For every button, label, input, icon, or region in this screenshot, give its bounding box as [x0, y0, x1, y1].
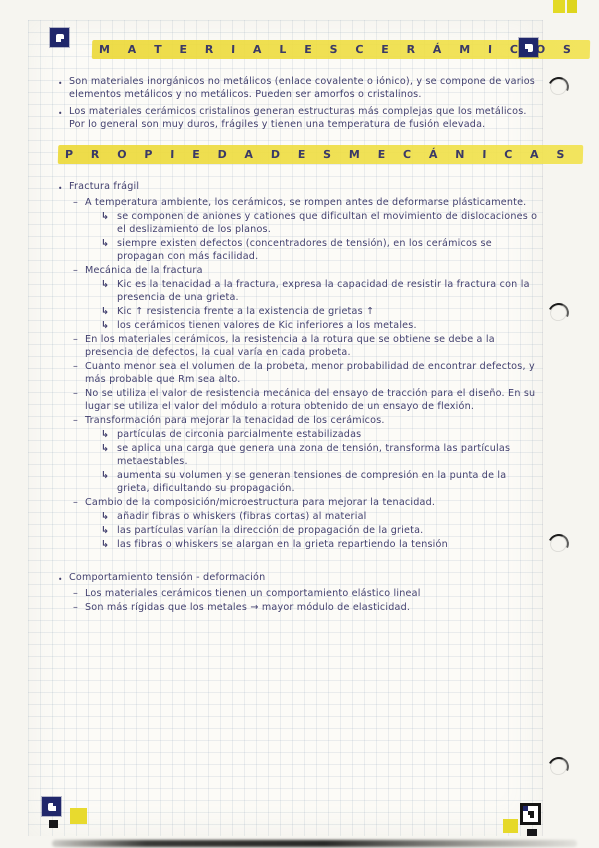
- corner-marker-top-left-icon: [50, 28, 69, 47]
- bullet-arrow-icon: ↳: [101, 442, 117, 455]
- note-line: –No se utiliza el valor de resistencia m…: [58, 387, 538, 413]
- black-square-mark: [49, 820, 58, 828]
- bullet-arrow-icon: ↳: [101, 469, 117, 482]
- yellow-tab: [503, 819, 518, 833]
- section-heading: P R O P I E D A D E S M E C Á N I C A S: [58, 145, 584, 164]
- note-line: –Mecánica de la fractura: [58, 264, 538, 277]
- bullet-dot-icon: •: [58, 180, 69, 195]
- note-section: M A T E R I A L E S C E R Á M I C O S•So…: [58, 34, 538, 131]
- note-line: –Transformación para mejorar la tenacida…: [58, 414, 538, 427]
- note-line: ↳Kic ↑ resistencia frente a la existenci…: [58, 305, 538, 318]
- note-line: –Los materiales cerámicos tienen un comp…: [58, 587, 538, 600]
- marker-glyph-icon: [523, 42, 535, 54]
- bullet-arrow-icon: ↳: [101, 428, 117, 441]
- marker-glyph-icon: [523, 806, 538, 822]
- note-text: Transformación para mejorar la tenacidad…: [85, 414, 538, 427]
- note-text: Los materiales cerámicos tienen un compo…: [85, 587, 538, 600]
- note-line: •Son materiales inorgánicos no metálicos…: [58, 75, 538, 101]
- note-text: Cuanto menor sea el volumen de la probet…: [85, 360, 538, 386]
- yellow-tab: [70, 808, 87, 824]
- marker-glyph-icon: [54, 32, 66, 44]
- bullet-arrow-icon: ↳: [101, 538, 117, 551]
- black-square-mark: [527, 829, 537, 836]
- note-line: –A temperatura ambiente, los cerámicos, …: [58, 196, 538, 209]
- note-line: ↳las partículas varían la dirección de p…: [58, 524, 538, 537]
- note-line: ↳siempre existen defectos (concentradore…: [58, 237, 538, 263]
- note-text: partículas de circonia parcialmente esta…: [117, 428, 538, 441]
- note-text: las partículas varían la dirección de pr…: [117, 524, 538, 537]
- bullet-dash-icon: –: [73, 264, 85, 277]
- note-line: ↳los cerámicos tienen valores de Kic inf…: [58, 319, 538, 332]
- bullet-arrow-icon: ↳: [101, 210, 117, 223]
- note-line: ↳se componen de aniones y cationes que d…: [58, 210, 538, 236]
- note-text: No se utiliza el valor de resistencia me…: [85, 387, 538, 413]
- page-edge-shadow: [52, 840, 577, 847]
- bullet-arrow-icon: ↳: [101, 510, 117, 523]
- bullet-dash-icon: –: [73, 587, 85, 600]
- note-line: –Son más rígidas que los metales → mayor…: [58, 601, 538, 614]
- note-text: siempre existen defectos (concentradores…: [117, 237, 538, 263]
- note-line: ↳partículas de circonia parcialmente est…: [58, 428, 538, 441]
- bullet-dash-icon: –: [73, 387, 85, 400]
- bullet-dot-icon: •: [58, 105, 69, 120]
- note-section: P R O P I E D A D E S M E C Á N I C A S•…: [58, 131, 538, 614]
- note-line: ↳Kic es la tenacidad a la fractura, expr…: [58, 278, 538, 304]
- bullet-dash-icon: –: [73, 414, 85, 427]
- bullet-dot-icon: •: [58, 571, 69, 586]
- note-text: Mecánica de la fractura: [85, 264, 538, 277]
- note-text: añadir fibras o whiskers (fibras cortas)…: [117, 510, 538, 523]
- bullet-dash-icon: –: [73, 333, 85, 346]
- binder-ring-mark-icon: [545, 74, 572, 100]
- bullet-arrow-icon: ↳: [101, 524, 117, 537]
- note-line: –Cambio de la composición/microestructur…: [58, 496, 538, 509]
- note-text: Fractura frágil: [69, 180, 538, 193]
- note-line: –Cuanto menor sea el volumen de la probe…: [58, 360, 538, 386]
- note-text: los cerámicos tienen valores de Kic infe…: [117, 319, 538, 332]
- note-line: ↳añadir fibras o whiskers (fibras cortas…: [58, 510, 538, 523]
- note-text: Son materiales inorgánicos no metálicos …: [69, 75, 538, 101]
- note-text: se aplica una carga que genera una zona …: [117, 442, 538, 468]
- note-text: Kic ↑ resistencia frente a la existencia…: [117, 305, 538, 318]
- binder-ring-mark-icon: [545, 754, 572, 780]
- note-text: aumenta su volumen y se generan tensione…: [117, 469, 538, 495]
- marker-glyph-icon: [46, 801, 58, 813]
- section-heading: M A T E R I A L E S C E R Á M I C O S: [92, 40, 590, 59]
- bullet-dash-icon: –: [73, 496, 85, 509]
- note-text: las fibras o whiskers se alargan en la g…: [117, 538, 538, 551]
- bullet-dash-icon: –: [73, 601, 85, 614]
- notes-content: M A T E R I A L E S C E R Á M I C O S•So…: [58, 34, 538, 614]
- yellow-tab: [553, 0, 565, 13]
- scanned-page: M A T E R I A L E S C E R Á M I C O S•So…: [0, 0, 599, 848]
- note-line: ↳las fibras o whiskers se alargan en la …: [58, 538, 538, 551]
- bullet-arrow-icon: ↳: [101, 237, 117, 250]
- bullet-arrow-icon: ↳: [101, 278, 117, 291]
- note-text: Comportamiento tensión - deformación: [69, 571, 538, 584]
- bullet-arrow-icon: ↳: [101, 319, 117, 332]
- yellow-tab: [567, 0, 577, 13]
- note-text: Son más rígidas que los metales → mayor …: [85, 601, 538, 614]
- bullet-dash-icon: –: [73, 196, 85, 209]
- bullet-dot-icon: •: [58, 75, 69, 90]
- note-line: •Comportamiento tensión - deformación: [58, 571, 538, 586]
- bullet-dash-icon: –: [73, 360, 85, 373]
- note-line: ↳aumenta su volumen y se generan tension…: [58, 469, 538, 495]
- corner-marker-top-right-icon: [519, 38, 538, 57]
- note-text: Los materiales cerámicos cristalinos gen…: [69, 105, 538, 131]
- bullet-arrow-icon: ↳: [101, 305, 117, 318]
- corner-marker-bottom-left-icon: [42, 797, 61, 816]
- note-text: En los materiales cerámicos, la resisten…: [85, 333, 538, 359]
- note-line: –En los materiales cerámicos, la resiste…: [58, 333, 538, 359]
- note-text: A temperatura ambiente, los cerámicos, s…: [85, 196, 538, 209]
- note-line: •Los materiales cerámicos cristalinos ge…: [58, 105, 538, 131]
- binder-ring-mark-icon: [545, 300, 572, 326]
- note-text: Kic es la tenacidad a la fractura, expre…: [117, 278, 538, 304]
- note-line: •Fractura frágil: [58, 180, 538, 195]
- note-text: Cambio de la composición/microestructura…: [85, 496, 538, 509]
- binder-ring-mark-icon: [545, 531, 572, 557]
- note-line: ↳se aplica una carga que genera una zona…: [58, 442, 538, 468]
- note-text: se componen de aniones y cationes que di…: [117, 210, 538, 236]
- corner-marker-bottom-right-icon: [520, 803, 541, 825]
